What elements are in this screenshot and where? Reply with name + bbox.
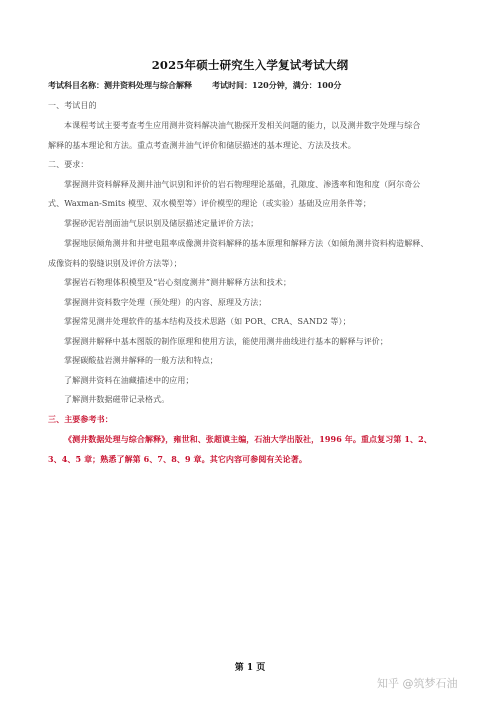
requirement-item: 掌握测井资料数字处理（预处理）的内容、原理及方法； (64, 297, 267, 308)
requirement-item: 掌握常见测井处理软件的基本结构及技术思路（如 POR、CRA、SAND2 等）； (64, 316, 351, 327)
requirement-item: 掌握碳酸盐岩测井解释的一般方法和特点； (64, 355, 218, 366)
document-title: 2025年硕士研究生入学复试考试大纲 (0, 57, 500, 73)
requirement-item: 掌握测井资料解释及测井油气识别和评价的岩石物理理论基础，孔隙度、渗透率和饱和度（… (64, 179, 420, 190)
exam-meta: 考试科目名称：测井资料处理与综合解释考试时间：120分钟，满分：100分 (48, 80, 341, 91)
section-3-heading: 三、主要参考书： (48, 414, 113, 425)
requirement-item: 成像资料的裂缝识别及评价方法等）； (48, 258, 182, 269)
watermark: 知乎 @筑梦石油 (377, 675, 458, 691)
paragraph: 解释的基本理论和方法。重点考查测井油气评价和储层描述的基本理论、方法及技术。 (48, 140, 356, 151)
document-page: 2025年硕士研究生入学复试考试大纲 考试科目名称：测井资料处理与综合解释考试时… (0, 0, 500, 707)
exam-time: 考试时间：120分钟，满分：100分 (212, 80, 341, 90)
section-1-heading: 一、考试目的 (48, 100, 97, 111)
requirement-item: 掌握测井解释中基本图版的制作原理和使用方法，能使用测井曲线进行基本的解释与评价； (64, 336, 388, 347)
requirement-item: 了解测井资料在油藏描述中的应用； (64, 375, 194, 386)
paragraph: 本课程考试主要考查考生应用测井资料解决油气勘探开发相关问题的能力，以及测井数字处… (64, 120, 420, 131)
requirement-item: 了解测井数据磁带记录格式。 (64, 394, 169, 405)
requirement-item: 式、Waxman-Smits 模型、双水模型等）评价模型的理论（或实验）基础及应… (48, 198, 371, 209)
reference-book: 《测井数据处理与综合解释》，雍世和、张超谟主编，石油大学出版社，1996 年。重… (64, 434, 432, 445)
requirement-item: 掌握岩石物理体积模型及“岩心刻度测井”测井解释方法和技术； (64, 277, 291, 288)
requirement-item: 掌握砂泥岩剖面油气层识别及储层描述定量评价方法； (64, 218, 258, 229)
reference-book: 3、4、5 章；熟悉了解第 6、7、8、9 章。其它内容可参阅有关论著。 (48, 454, 307, 465)
page-number: 第 1 页 (0, 660, 500, 673)
subject-name: 考试科目名称：测井资料处理与综合解释 (48, 80, 192, 90)
section-2-heading: 二、要求： (48, 159, 89, 170)
requirement-item: 掌握地层倾角测井和井壁电阻率成像测井资料解释的基本原理和解释方法（如倾角测井资料… (64, 238, 429, 249)
